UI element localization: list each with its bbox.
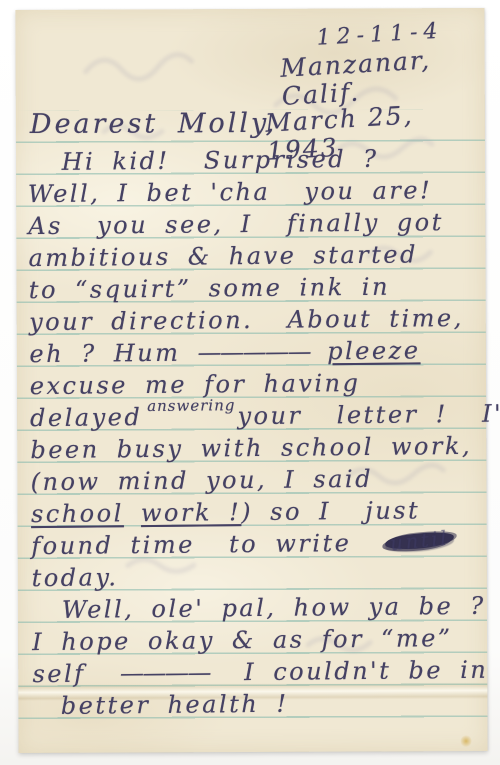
letter-line: Well, I bet 'cha you are! <box>28 174 478 210</box>
handwritten-text <box>310 337 327 365</box>
letter-line: Hi kid! Surprised ? <box>27 142 477 178</box>
handwritten-text: delayed <box>30 403 142 432</box>
letter-line: delayedansweringyour letter ! I've <box>30 398 480 434</box>
paper-stain <box>461 735 472 747</box>
handwritten-text: Hi kid! Surprised ? <box>61 145 378 176</box>
letter-paper: 12-11-4 Manzanar, Calif. March 25, 1943 … <box>15 8 487 753</box>
handwritten-text: As you see, I finally got <box>28 208 444 240</box>
letter-line: Well, ole' pal, how ya be ? <box>32 590 482 626</box>
handwritten-text: eh ? Hum <box>29 339 197 369</box>
handwritten-text: excuse me for having <box>30 369 361 400</box>
handwritten-text: your letter ! I've <box>237 399 500 430</box>
handwritten-text: found time to write <box>31 529 386 560</box>
letter-line: been busy with school work, <box>30 430 480 466</box>
handwritten-text: to “squirt” some ink in <box>29 273 390 304</box>
letter-line: I hope okay & as for “me” <box>32 622 482 658</box>
handwritten-dash: ————— <box>197 337 310 366</box>
handwritten-text: I couldn't be in <box>210 656 489 687</box>
handwritten-text: Well, ole' pal, how ya be ? <box>62 592 486 624</box>
letter-line: eh ? Hum ————— pleeze <box>29 334 479 370</box>
handwritten-text: (now mind you, I said <box>31 465 374 496</box>
letter-line: today. <box>31 558 481 594</box>
scribbled-out-word: until <box>385 530 455 552</box>
letter-line: As you see, I finally got <box>28 206 478 242</box>
handwritten-text: your direction. About time, <box>29 304 464 336</box>
handwritten-text: ) so I just <box>241 496 420 526</box>
letter-line: your direction. About time, <box>29 302 479 338</box>
letter-line: ambitious & have started <box>28 238 478 274</box>
letter-line: (now mind you, I said <box>31 462 481 498</box>
handwritten-text: Well, I bet 'cha you are! <box>28 176 433 208</box>
inserted-word: answering <box>147 396 235 415</box>
letter-line: to “squirt” some ink in <box>29 270 479 306</box>
handwritten-text: been busy with school work, <box>30 432 472 464</box>
letter-line: better health ! <box>33 686 483 722</box>
salutation: Dearest Molly, <box>30 108 277 140</box>
handwritten-text: school <box>31 499 124 528</box>
letter-line: self ———— I couldn't be in <box>32 654 482 690</box>
handwritten-text: I hope okay & as for “me” <box>32 624 453 656</box>
letter-body: Hi kid! Surprised ?Well, I bet 'cha you … <box>27 142 483 722</box>
handwritten-text: better health ! <box>61 690 289 720</box>
handwritten-text: work ! <box>141 498 242 527</box>
letter-line: found time to write until <box>31 526 481 562</box>
handwritten-dash: ———— <box>120 658 210 687</box>
handwritten-text: self <box>32 659 120 688</box>
handwritten-text: today. <box>31 563 118 592</box>
letter-line: excuse me for having <box>30 366 480 402</box>
scan-background: 12-11-4 Manzanar, Calif. March 25, 1943 … <box>0 0 500 765</box>
letter-line: school work !) so I just <box>31 494 481 530</box>
handwritten-text: ambitious & have started <box>28 240 418 272</box>
handwritten-text <box>124 499 141 527</box>
handwritten-text: pleeze <box>327 336 421 365</box>
